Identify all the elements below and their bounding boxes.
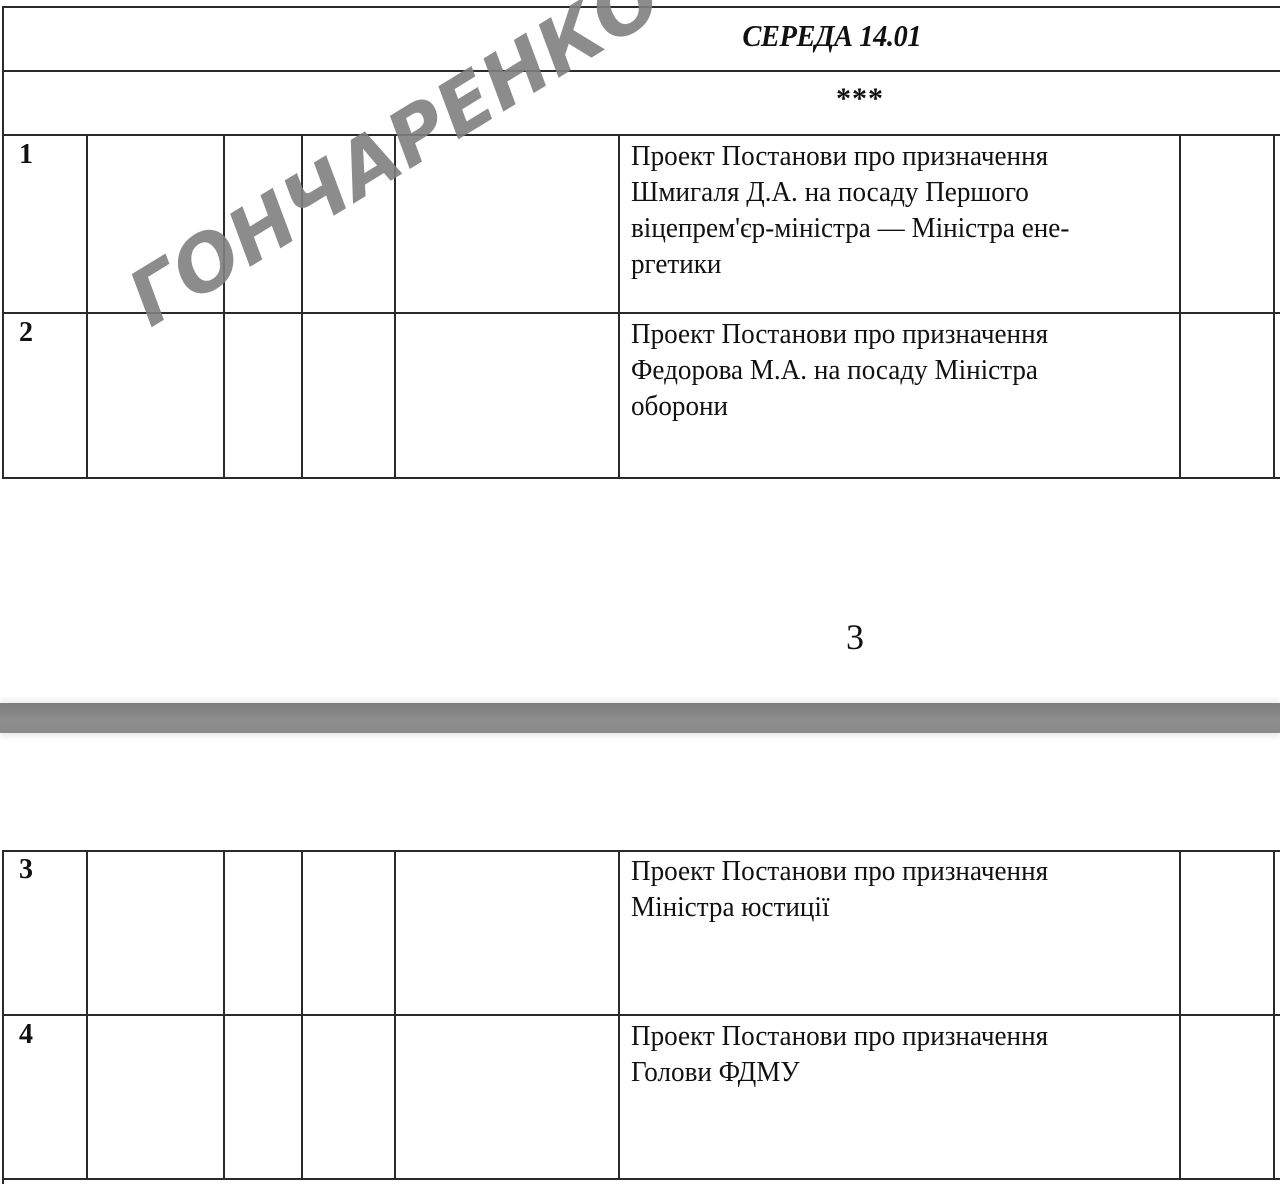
table-border (2, 1014, 1280, 1016)
agenda-item-text: Проект Постанови про призначення Шмигаля… (631, 138, 1141, 282)
row-number: 1 (19, 139, 33, 171)
column-divider (301, 850, 303, 1180)
row-number: 4 (19, 1019, 33, 1051)
column-divider (1179, 134, 1181, 479)
table-border (2, 1178, 1280, 1180)
page-break-divider (0, 703, 1280, 733)
table-border (2, 850, 1280, 852)
table-border (2, 6, 1280, 8)
column-divider (86, 850, 88, 1180)
column-divider (1273, 850, 1275, 1180)
column-divider (394, 134, 396, 479)
column-divider (223, 850, 225, 1180)
page-number: 3 (846, 616, 864, 658)
column-divider (618, 134, 620, 479)
column-divider (394, 850, 396, 1180)
table-border (2, 312, 1280, 314)
table-border (2, 6, 4, 479)
agenda-item-text: Проект Постанови про призначення Федоров… (631, 316, 1141, 424)
row-number: 3 (19, 854, 33, 886)
agenda-item-text: Проект Постанови про призначення Міністр… (631, 853, 1141, 925)
column-divider (1179, 850, 1181, 1180)
column-divider (301, 134, 303, 479)
column-divider (1273, 134, 1275, 479)
column-divider (86, 134, 88, 479)
table-border (2, 70, 1280, 72)
column-divider (223, 134, 225, 479)
section-separator: *** (700, 82, 1020, 116)
column-divider (618, 850, 620, 1180)
table-border (2, 850, 4, 1184)
row-number: 2 (19, 317, 33, 349)
table-border (2, 477, 1280, 479)
agenda-item-text: Проект Постанови про призначення Голови … (631, 1018, 1141, 1090)
table-border (2, 134, 1280, 136)
day-heading: СЕРЕДА 14.01 (620, 18, 1062, 54)
